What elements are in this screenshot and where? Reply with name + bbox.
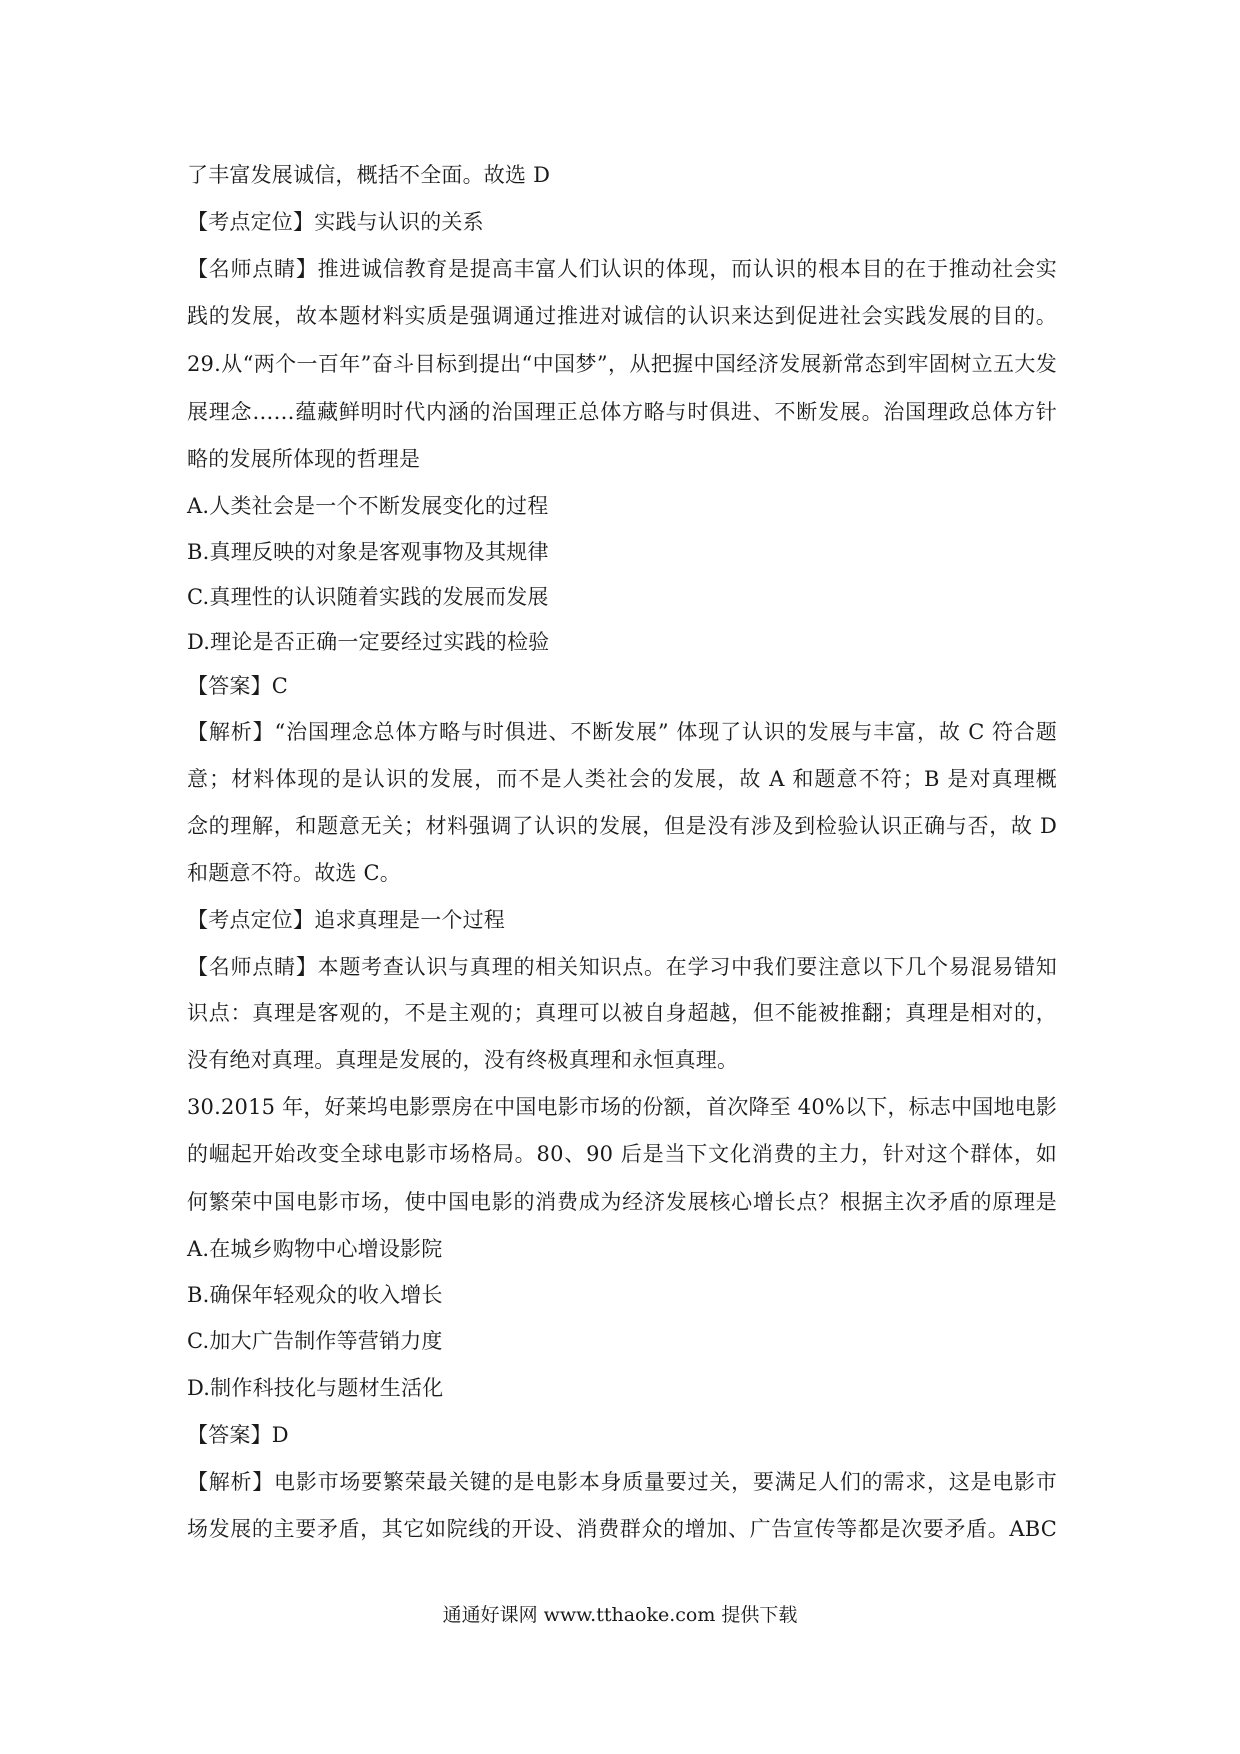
analysis: 意；材料体现的是认识的发展，而不是人类社会的发展，故 A 和题意不符；B 是对真… xyxy=(187,764,1057,794)
text-line: 了丰富发展诚信，概括不全面。故选 D xyxy=(187,160,1057,190)
option-b: B.真理反映的对象是客观事物及其规律 xyxy=(187,537,1057,567)
option-d: D.理论是否正确一定要经过实践的检验 xyxy=(187,627,1057,657)
analysis: 【解析】“治国理念总体方略与时俱进、不断发展” 体现了认识的发展与丰富，故 C … xyxy=(187,717,1057,747)
question-30-stem: 何繁荣中国电影市场，使中国电影的消费成为经济发展核心增长点？根据主次矛盾的原理是 xyxy=(187,1187,1057,1217)
option-c: C.加大广告制作等营销力度 xyxy=(187,1326,1057,1356)
option-a: A.在城乡购物中心增设影院 xyxy=(187,1234,1057,1264)
question-30-stem: 的崛起开始改变全球电影市场格局。80、90 后是当下文化消费的主力，针对这个群体… xyxy=(187,1139,1057,1169)
text-line: 【考点定位】实践与认识的关系 xyxy=(187,207,1057,237)
question-30-stem: 30.2015 年，好莱坞电影票房在中国电影市场的份额，首次降至 40%以下，标… xyxy=(187,1092,1057,1122)
text-line: 【名师点睛】推进诚信教育是提高丰富人们认识的体现，而认识的根本目的在于推动社会实 xyxy=(187,254,1057,284)
option-a: A.人类社会是一个不断发展变化的过程 xyxy=(187,491,1057,521)
answer: 【答案】D xyxy=(187,1420,1057,1450)
document-page: 了丰富发展诚信，概括不全面。故选 D 【考点定位】实践与认识的关系 【名师点睛】… xyxy=(0,0,1240,1754)
teacher-note: 没有绝对真理。真理是发展的，没有终极真理和永恒真理。 xyxy=(187,1045,1057,1075)
text-line: 践的发展，故本题材料实质是强调通过推进对诚信的认识来达到促进社会实践发展的目的。 xyxy=(187,301,1057,331)
option-d: D.制作科技化与题材生活化 xyxy=(187,1373,1057,1403)
analysis: 【解析】电影市场要繁荣最关键的是电影本身质量要过关，要满足人们的需求，这是电影市 xyxy=(187,1467,1057,1497)
option-b: B.确保年轻观众的收入增长 xyxy=(187,1280,1057,1310)
option-c: C.真理性的认识随着实践的发展而发展 xyxy=(187,582,1057,612)
answer: 【答案】C xyxy=(187,671,1057,701)
page-footer: 通通好课网 www.tthaoke.com 提供下载 xyxy=(0,1601,1240,1629)
key-point: 【考点定位】追求真理是一个过程 xyxy=(187,905,1057,935)
analysis: 场发展的主要矛盾，其它如院线的开设、消费群众的增加、广告宣传等都是次要矛盾。AB… xyxy=(187,1514,1057,1544)
question-29-stem: 展理念……蕴藏鲜明时代内涵的治国理正总体方略与时俱进、不断发展。治国理政总体方针 xyxy=(187,397,1057,427)
question-29-stem: 略的发展所体现的哲理是 xyxy=(187,444,1057,474)
question-29-stem: 29.从“两个一百年”奋斗目标到提出“中国梦”，从把握中国经济发展新常态到牢固树… xyxy=(187,349,1057,379)
teacher-note: 识点：真理是客观的，不是主观的；真理可以被自身超越，但不能被推翻；真理是相对的， xyxy=(187,998,1057,1028)
analysis: 念的理解，和题意无关；材料强调了认识的发展，但是没有涉及到检验认识正确与否，故 … xyxy=(187,811,1057,841)
analysis: 和题意不符。故选 C。 xyxy=(187,858,1057,888)
teacher-note: 【名师点睛】本题考查认识与真理的相关知识点。在学习中我们要注意以下几个易混易错知 xyxy=(187,952,1057,982)
